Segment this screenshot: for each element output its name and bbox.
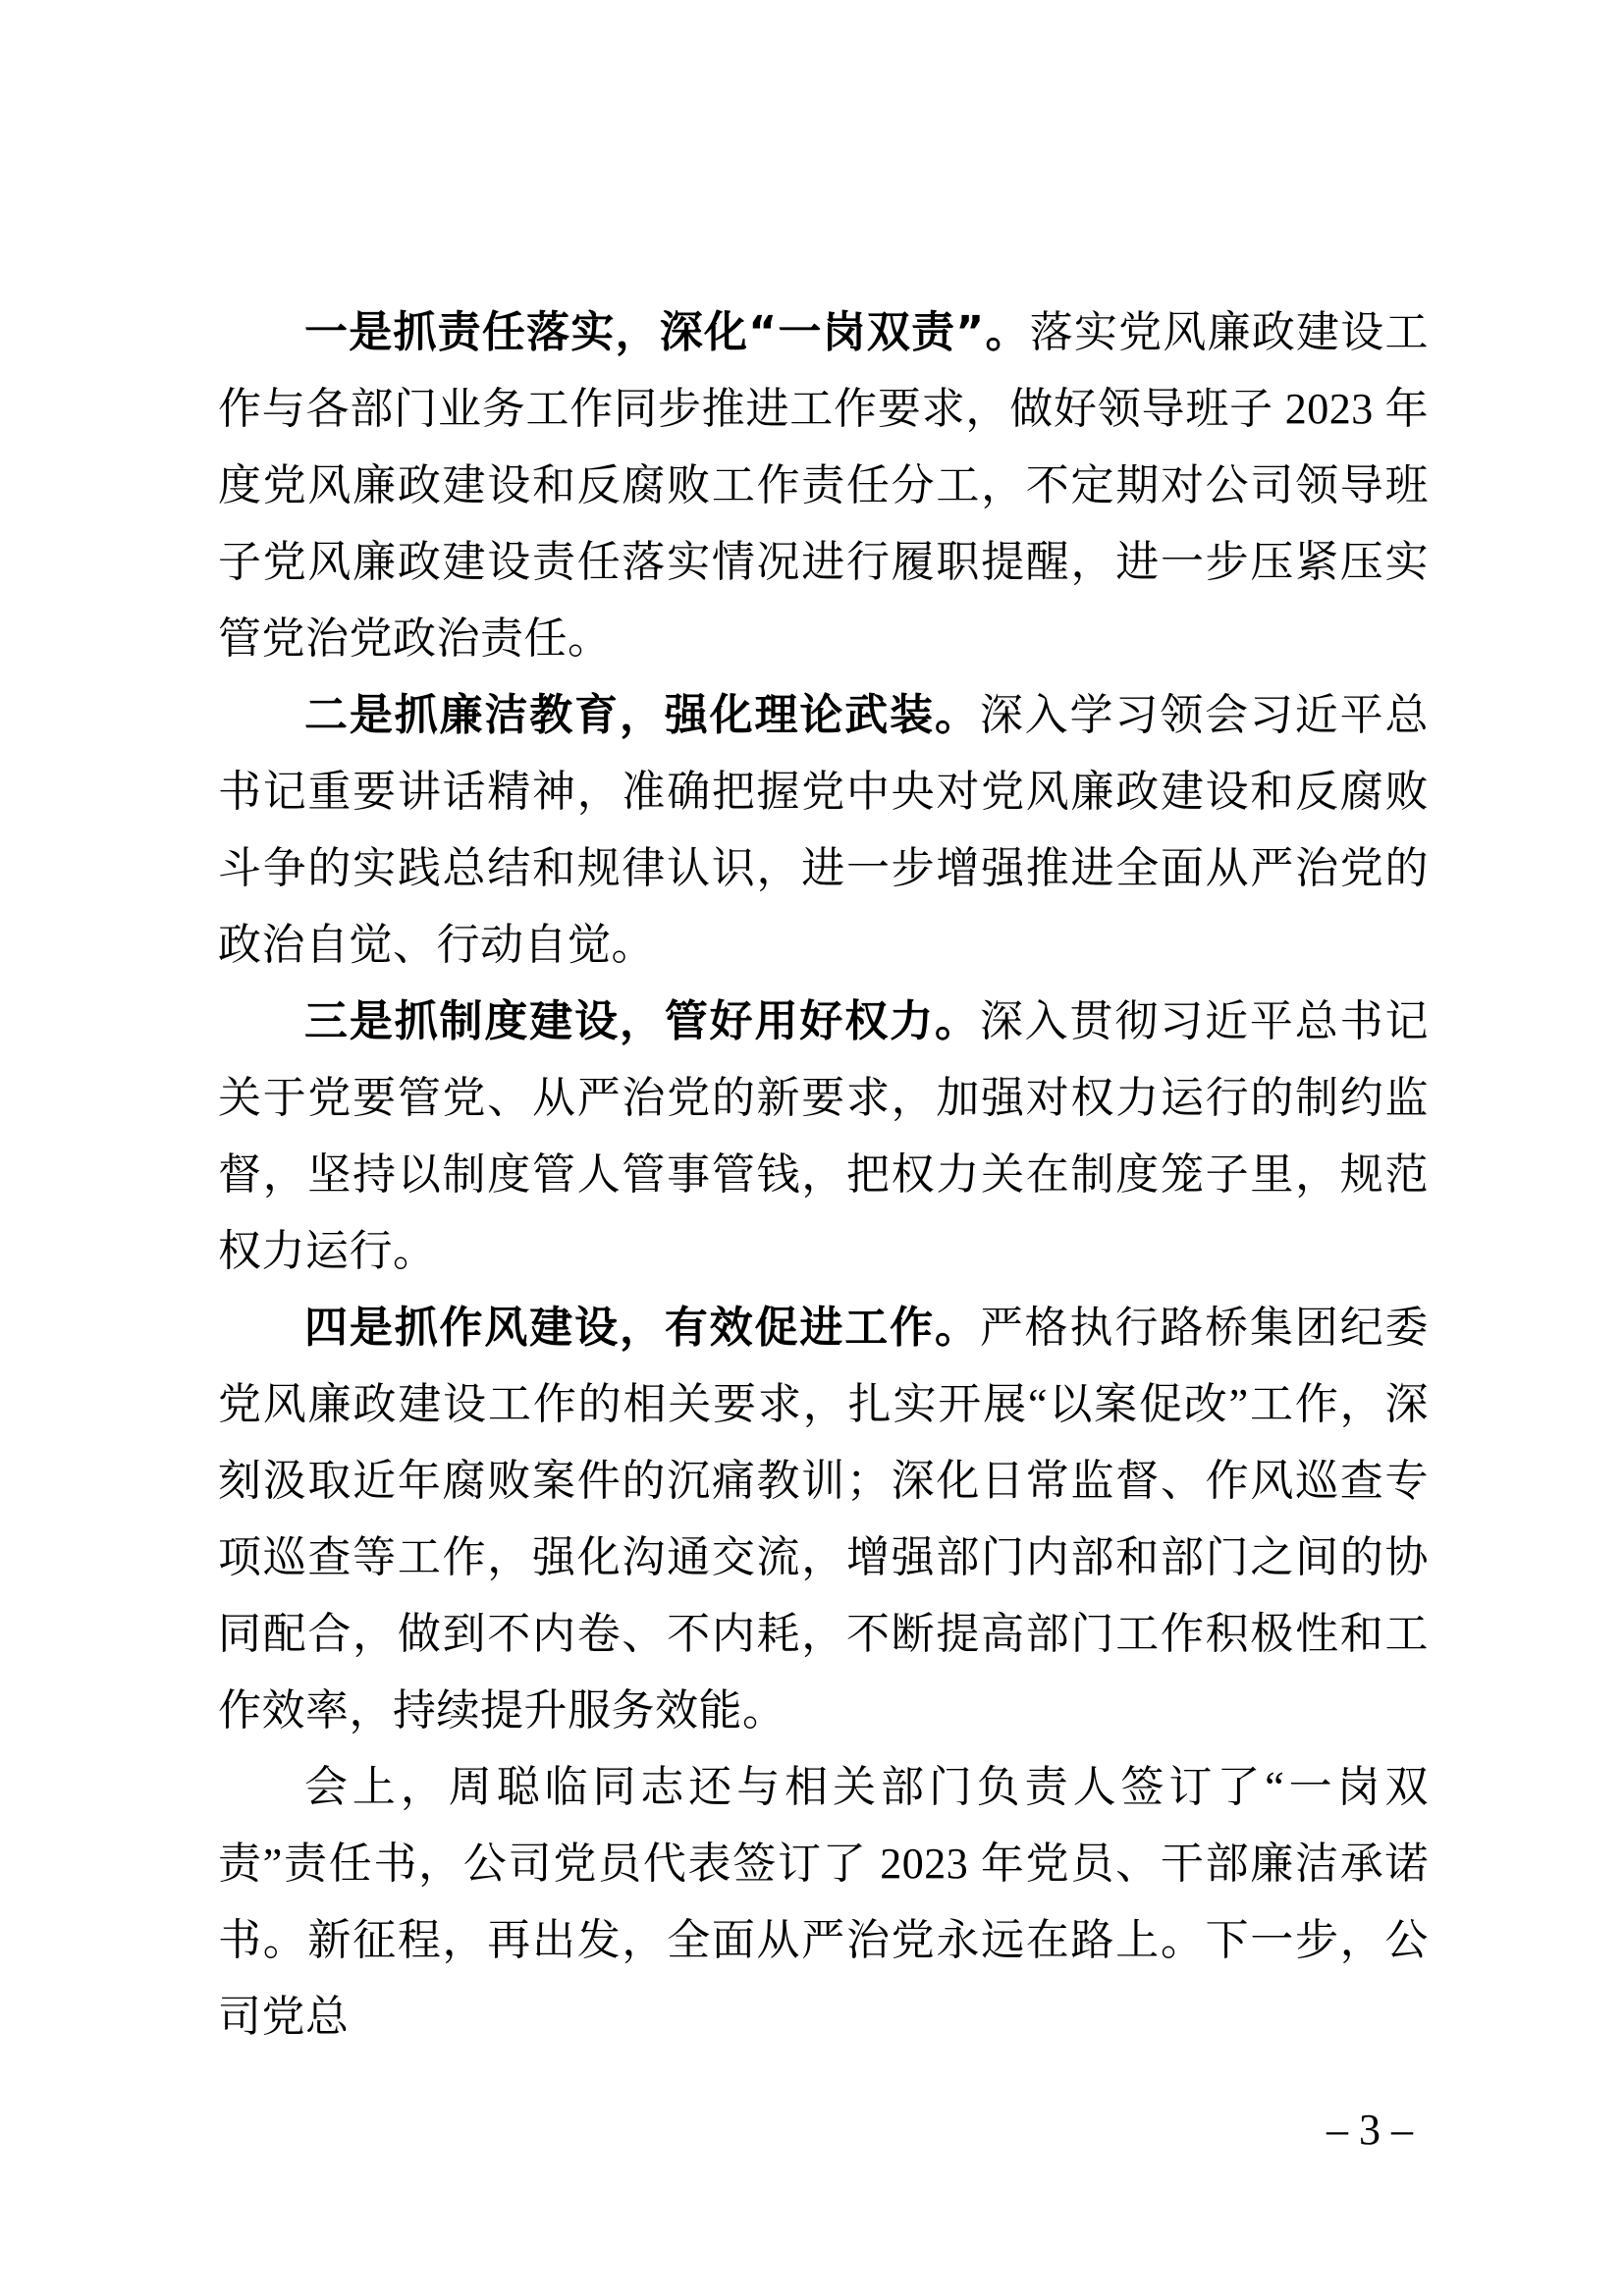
paragraph-4: 四是抓作风建设，有效促进工作。严格执行路桥集团纪委党风廉政建设工作的相关要求，扎… xyxy=(218,1290,1429,1749)
document-page: 一是抓责任落实，深化“一岗双责”。落实党风廉政建设工作与各部门业务工作同步推进工… xyxy=(0,0,1624,2296)
document-body: 一是抓责任落实，深化“一岗双责”。落实党风廉政建设工作与各部门业务工作同步推进工… xyxy=(218,294,1429,2056)
page-number: – 3 – xyxy=(1296,2107,1443,2154)
paragraph-1-lead: 一是抓责任落实，深化“一岗双责”。 xyxy=(304,307,1030,357)
paragraph-4-lead: 四是抓作风建设，有效促进工作。 xyxy=(304,1303,980,1353)
paragraph-3-lead: 三是抓制度建设，管好用好权力。 xyxy=(304,996,980,1046)
paragraph-5-body: 会上，周聪临同志还与相关部门负责人签订了“一岗双责”责任书，公司党员代表签订了 … xyxy=(218,1763,1429,2041)
paragraph-3: 三是抓制度建设，管好用好权力。深入贯彻习近平总书记关于党要管党、从严治党的新要求… xyxy=(218,984,1429,1290)
paragraph-4-body: 严格执行路桥集团纪委党风廉政建设工作的相关要求，扎实开展“以案促改”工作，深刻汲… xyxy=(218,1304,1429,1735)
paragraph-2: 二是抓廉洁教育，强化理论武装。深入学习领会习近平总书记重要讲话精神，准确把握党中… xyxy=(218,677,1429,984)
paragraph-1: 一是抓责任落实，深化“一岗双责”。落实党风廉政建设工作与各部门业务工作同步推进工… xyxy=(218,294,1429,677)
paragraph-1-body: 落实党风廉政建设工作与各部门业务工作同步推进工作要求，做好领导班子 2023 年… xyxy=(218,308,1429,663)
paragraph-5: 会上，周聪临同志还与相关部门负责人签订了“一岗双责”责任书，公司党员代表签订了 … xyxy=(218,1749,1429,2056)
paragraph-2-lead: 二是抓廉洁教育，强化理论武装。 xyxy=(304,690,980,740)
